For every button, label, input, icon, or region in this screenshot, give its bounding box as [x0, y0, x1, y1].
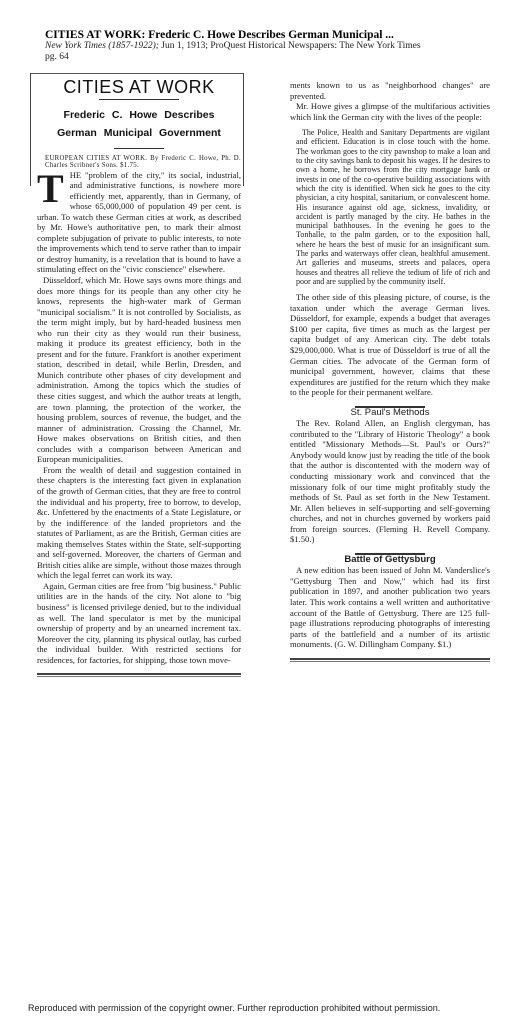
- headline-box-right-rule: [243, 73, 244, 186]
- copyright-notice: Reproduced with permission of the copyri…: [28, 1003, 440, 1013]
- review-paragraph: A new edition has been issued of John M.…: [290, 565, 490, 649]
- body-paragraph: The other side of this pleasing picture,…: [290, 292, 490, 397]
- section-heading-st-pauls-methods: St. Paul's Methods: [290, 408, 490, 419]
- body-paragraph: Again, German cities are free from "big …: [37, 581, 241, 665]
- lead-paragraph: THE "problem of the city," its social, i…: [37, 170, 241, 275]
- subheadline-line-1: Frederic C. Howe Describes: [37, 106, 241, 124]
- continued-paragraph: ments known to us as "neighborhood chang…: [290, 80, 490, 101]
- section-heading-battle-of-gettysburg: Battle of Gettysburg: [290, 555, 490, 566]
- citation-header: CITIES AT WORK: Frederic C. Howe Describ…: [45, 30, 525, 63]
- block-quote: The Police, Health and Sanitary Departme…: [296, 128, 490, 286]
- headline: CITIES AT WORK: [37, 82, 241, 93]
- headline-divider: [99, 99, 179, 100]
- subheadline-line-2: German Municipal Government: [37, 124, 241, 142]
- article-citation-title: CITIES AT WORK: Frederic C. Howe Describ…: [45, 30, 525, 41]
- right-column: ments known to us as "neighborhood chang…: [290, 80, 490, 662]
- lead-paragraph-text: HE "problem of the city," its social, in…: [37, 170, 241, 275]
- left-column: CITIES AT WORK Frederic C. Howe Describe…: [37, 80, 241, 677]
- drop-cap: T: [37, 173, 64, 205]
- body-paragraph: Mr. Howe gives a glimpse of the multifar…: [290, 101, 490, 122]
- publication-details: Jun 1, 1913; ProQuest Historical Newspap…: [159, 41, 421, 51]
- review-paragraph: The Rev. Roland Allen, an English clergy…: [290, 418, 490, 545]
- column-end-rule: [37, 673, 241, 677]
- headline-box-left-rule: [30, 73, 31, 186]
- publication-name: New York Times (1857-1922);: [45, 41, 159, 51]
- article-citation-source: New York Times (1857-1922); Jun 1, 1913;…: [45, 41, 525, 52]
- column-end-rule: [290, 658, 490, 662]
- page-number: pg. 64: [45, 52, 525, 63]
- body-paragraph: From the wealth of detail and suggestion…: [37, 465, 241, 581]
- subheadline-divider: [114, 148, 164, 149]
- body-paragraph: Düsseldorf, which Mr. Howe says owns mor…: [37, 275, 241, 465]
- bibliography-line: EUROPEAN CITIES AT WORK. By Frederic C. …: [37, 155, 241, 170]
- headline-box-top-rule: [30, 73, 244, 74]
